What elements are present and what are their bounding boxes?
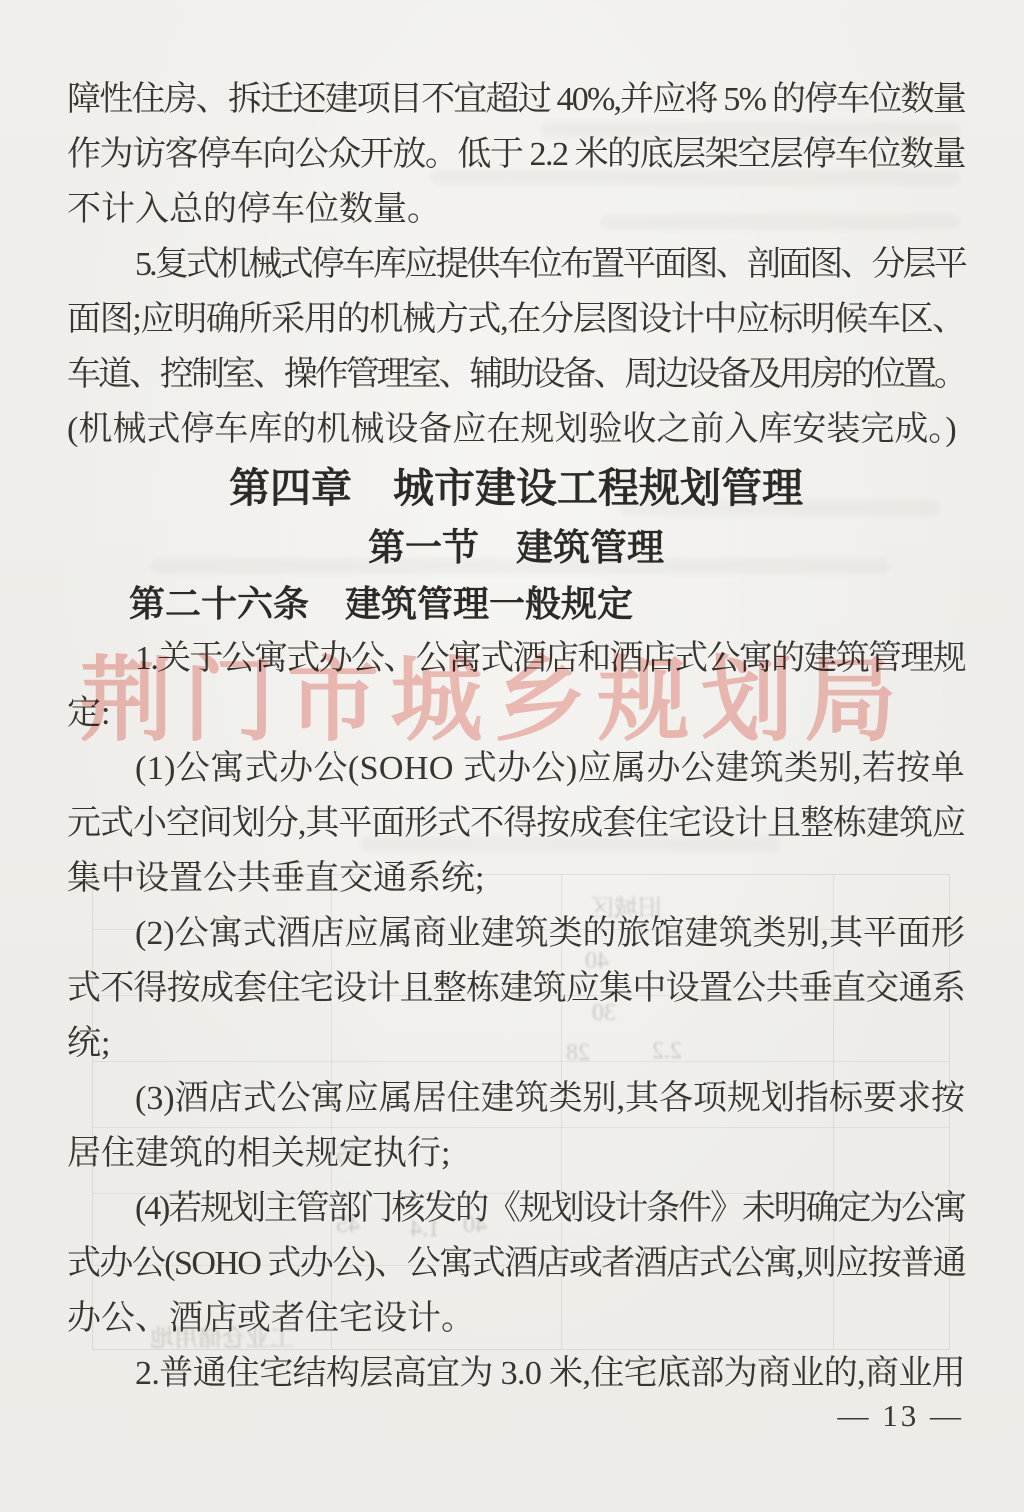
text-line: 1.关于公寓式办公、公寓式酒店和酒店式公寓的建筑管理规 [67, 631, 965, 686]
text-line: 居住建筑的相关规定执行; [67, 1126, 965, 1181]
page-number: — 13 — [838, 1398, 965, 1434]
text-line-content: 面图;应明确所采用的机械方式,在分层图设计中应标明候车区、 [67, 292, 965, 347]
text-line: (3)酒店式公寓应属居住建筑类别,其各项规划指标要求按 [67, 1071, 965, 1126]
text-line-content: 集中设置公共垂直交通系统; [67, 851, 484, 906]
text-line-content: 式办公(SOHO 式办公)、公寓式酒店或者酒店式公寓,则应按普通 [67, 1236, 965, 1291]
text-line-content: 障性住房、拆迁还建项目不宜超过 40%,并应将 5% 的停车位数量 [67, 72, 965, 127]
text-line-content: 第二十六条 建筑管理一般规定 [129, 577, 633, 631]
text-line: 统; [67, 1016, 965, 1071]
text-line-content: 2.普通住宅结构层高宜为 3.0 米,住宅底部为商业的,商业用 [135, 1346, 965, 1401]
text-line: 定: [67, 686, 965, 741]
text-line-content: 定: [67, 686, 110, 741]
text-line: 5.复式机械式停车库应提供车位布置平面图、剖面图、分层平 [67, 237, 965, 292]
text-line: 元式小空间划分,其平面形式不得按成套住宅设计且整栋建筑应 [67, 796, 965, 851]
text-line-content: (2)公寓式酒店应属商业建筑类的旅馆建筑类别,其平面形 [135, 906, 965, 961]
text-line: 作为访客停车向公众开放。低于 2.2 米的底层架空层停车位数量 [67, 127, 965, 182]
text-line: 集中设置公共垂直交通系统; [67, 851, 965, 906]
text-line: 式办公(SOHO 式办公)、公寓式酒店或者酒店式公寓,则应按普通 [67, 1236, 965, 1291]
text-line-content: 1.关于公寓式办公、公寓式酒店和酒店式公寓的建筑管理规 [135, 631, 965, 686]
text-line: (4)若规划主管部门核发的《规划设计条件》未明确定为公寓 [67, 1181, 965, 1236]
text-line: 办公、酒店或者住宅设计。 [67, 1291, 965, 1346]
text-line-content: 5.复式机械式停车库应提供车位布置平面图、剖面图、分层平 [135, 237, 965, 292]
document-text: 障性住房、拆迁还建项目不宜超过 40%,并应将 5% 的停车位数量作为访客停车向… [67, 72, 965, 1401]
text-line: (1)公寓式办公(SOHO 式办公)应属办公建筑类别,若按单 [67, 741, 965, 796]
text-line: 障性住房、拆迁还建项目不宜超过 40%,并应将 5% 的停车位数量 [67, 72, 965, 127]
text-line-content: 第四章 城市建设工程规划管理 [229, 457, 803, 519]
text-line-content: 式不得按成套住宅设计且整栋建筑应集中设置公共垂直交通系 [67, 961, 965, 1016]
text-line-content: 元式小空间划分,其平面形式不得按成套住宅设计且整栋建筑应 [67, 796, 965, 851]
text-line-content: 不计入总的停车位数量。 [67, 182, 441, 237]
text-line-content: (4)若规划主管部门核发的《规划设计条件》未明确定为公寓 [135, 1181, 965, 1236]
text-line: 式不得按成套住宅设计且整栋建筑应集中设置公共垂直交通系 [67, 961, 965, 1016]
text-line: (2)公寓式酒店应属商业建筑类的旅馆建筑类别,其平面形 [67, 906, 965, 961]
article-heading: 第二十六条 建筑管理一般规定 [67, 577, 965, 631]
scanned-document-page: 旧城区4030282.235451.440工业仓储用地 障性住房、拆迁还建项目不… [0, 0, 1024, 1512]
text-line: 不计入总的停车位数量。 [67, 182, 965, 237]
text-line: 面图;应明确所采用的机械方式,在分层图设计中应标明候车区、 [67, 292, 965, 347]
text-line: (机械式停车库的机械设备应在规划验收之前入库安装完成。) [67, 402, 965, 457]
text-line: 车道、控制室、操作管理室、辅助设备、周边设备及用房的位置。 [67, 347, 965, 402]
text-line-content: 统; [67, 1016, 110, 1071]
chapter-heading: 第四章 城市建设工程规划管理 [67, 457, 965, 519]
text-line-content: (3)酒店式公寓应属居住建筑类别,其各项规划指标要求按 [135, 1071, 965, 1126]
text-line-content: (机械式停车库的机械设备应在规划验收之前入库安装完成。) [67, 402, 957, 457]
text-line: 2.普通住宅结构层高宜为 3.0 米,住宅底部为商业的,商业用 [67, 1346, 965, 1401]
text-line-content: 车道、控制室、操作管理室、辅助设备、周边设备及用房的位置。 [67, 347, 965, 402]
text-line-content: 第一节 建筑管理 [368, 519, 664, 577]
section-heading: 第一节 建筑管理 [67, 519, 965, 577]
text-line-content: 作为访客停车向公众开放。低于 2.2 米的底层架空层停车位数量 [67, 127, 965, 182]
text-line-content: 居住建筑的相关规定执行; [67, 1126, 450, 1181]
text-line-content: (1)公寓式办公(SOHO 式办公)应属办公建筑类别,若按单 [135, 741, 965, 796]
text-line-content: 办公、酒店或者住宅设计。 [67, 1291, 475, 1346]
